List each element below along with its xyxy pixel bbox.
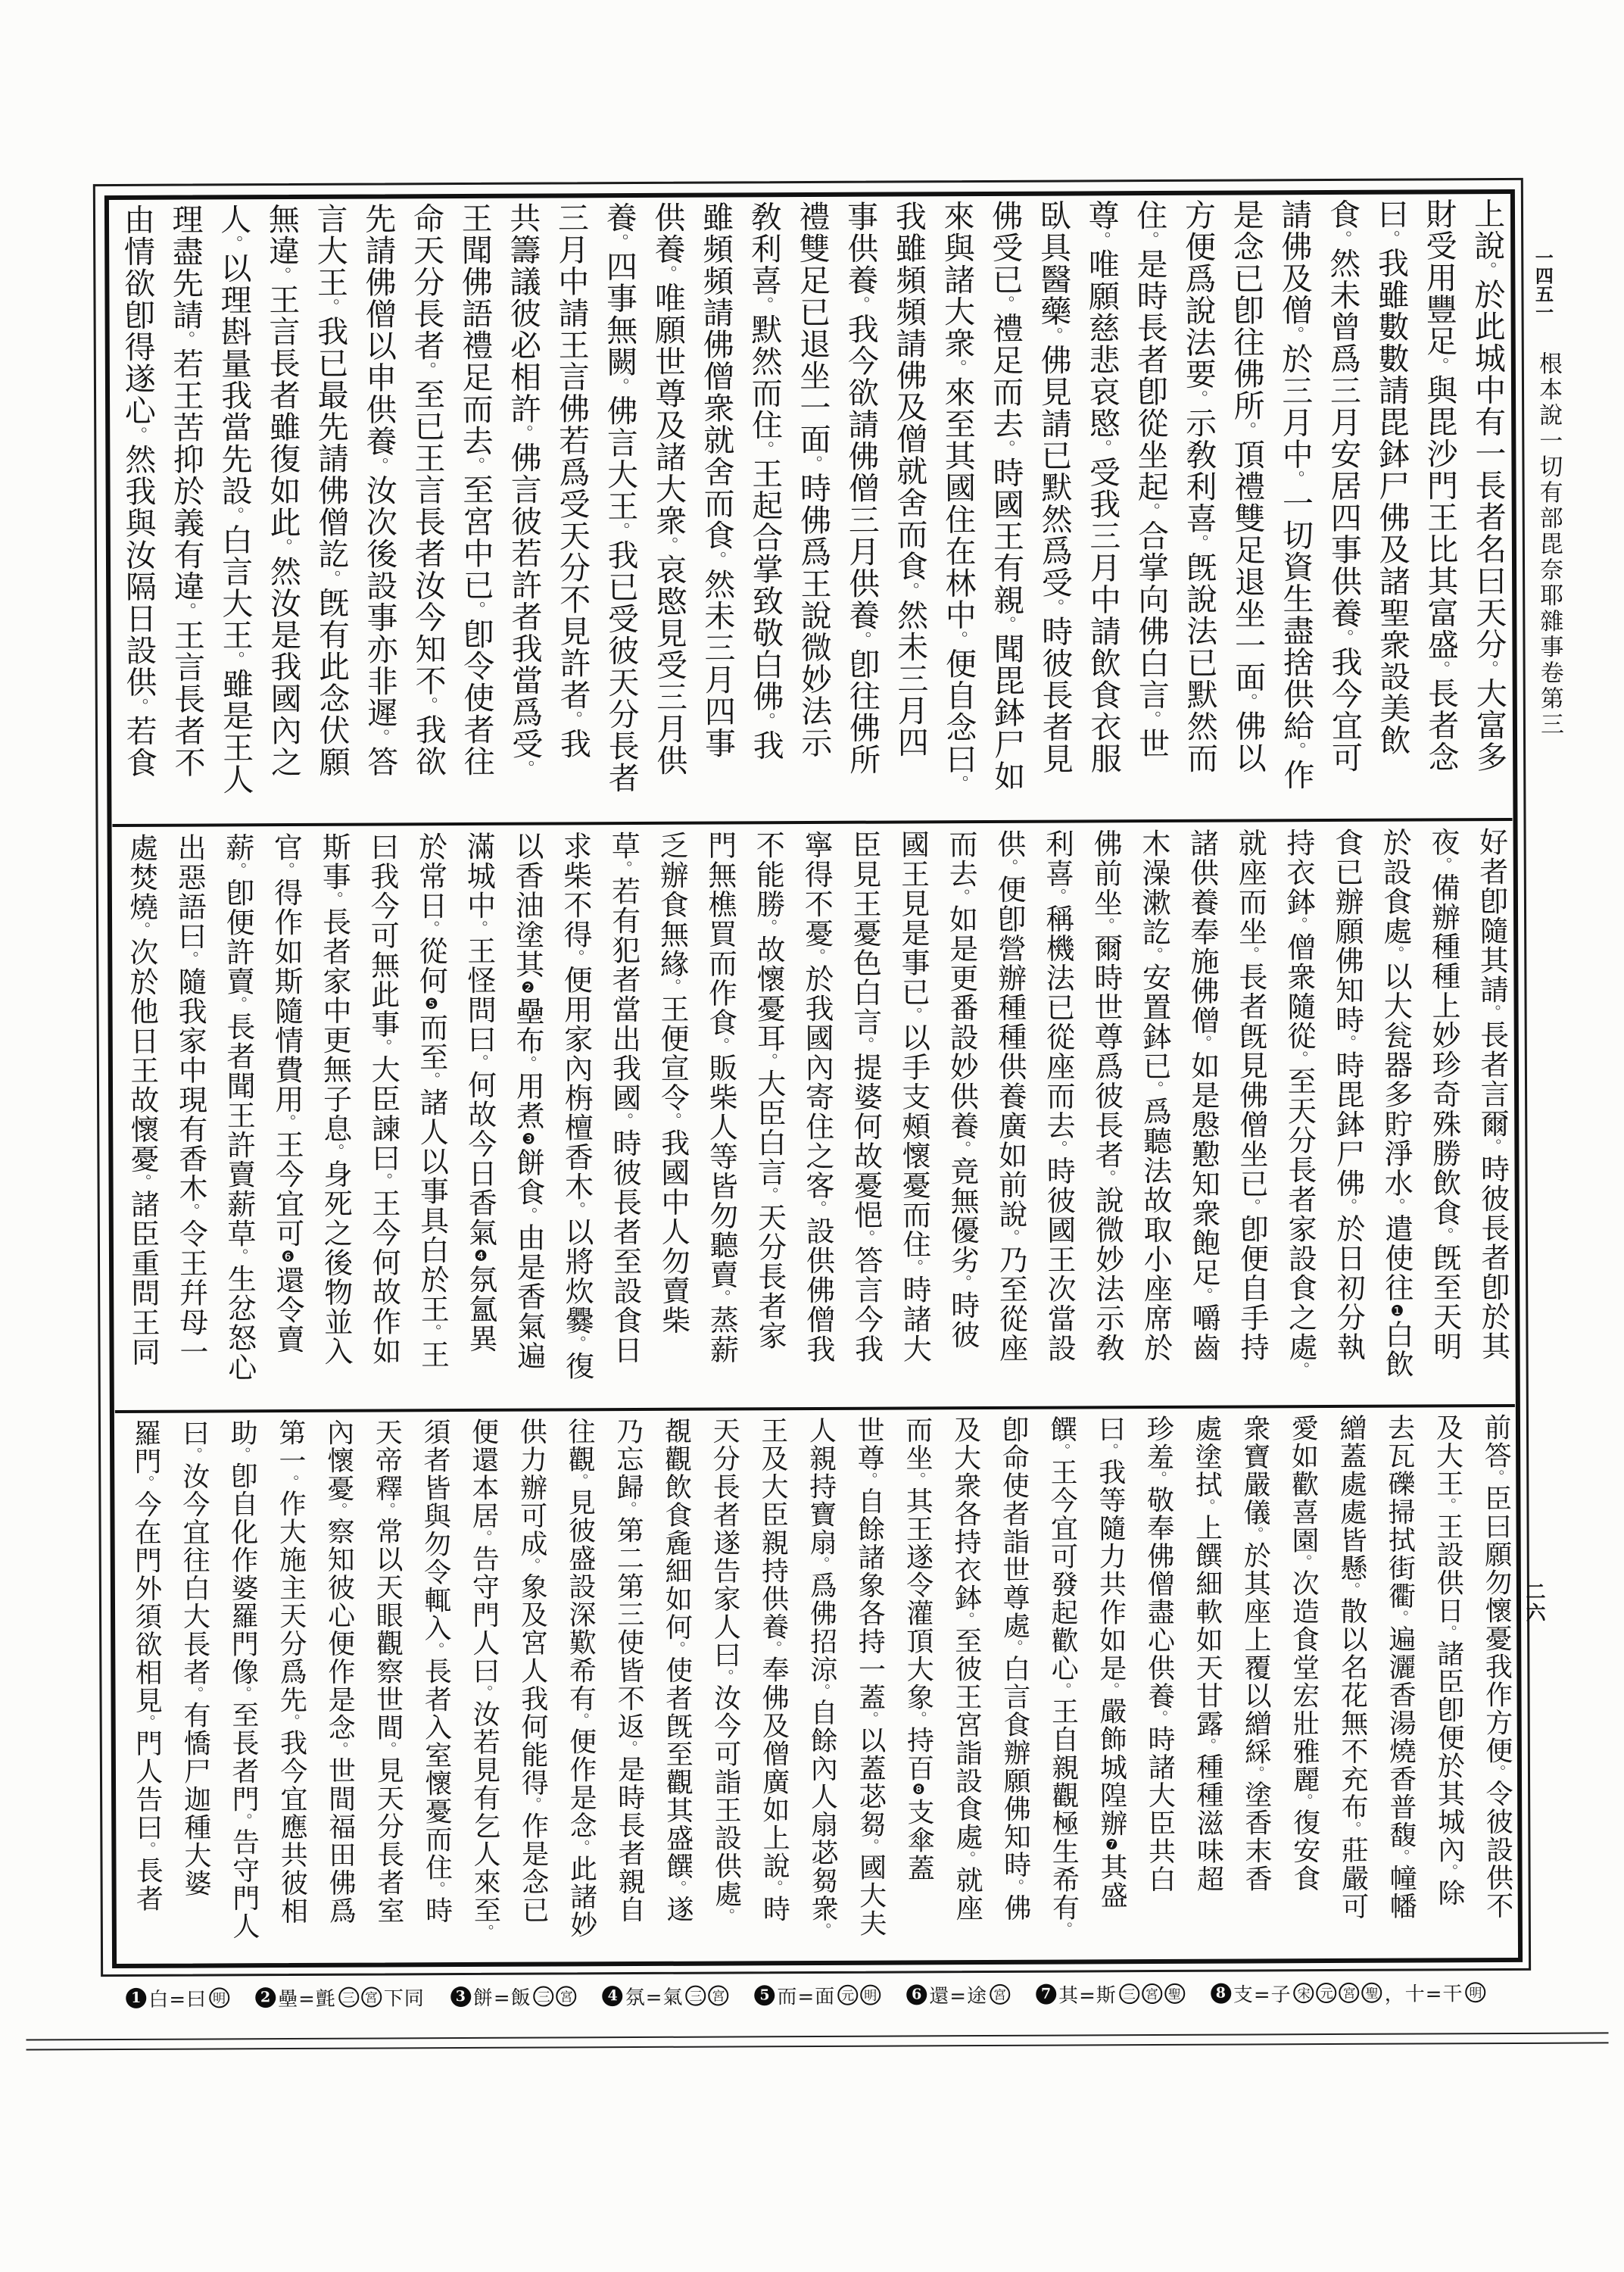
- footnote-entry: 4氛=氣三宮: [603, 1981, 729, 2010]
- text-column: 三月中請王言佛若爲受天分不見許者。我: [545, 201, 596, 816]
- text-column: 人親持寶扇。爲佛招涼。自餘內人扇苾芻衆。: [792, 1416, 843, 1957]
- text-column: 臥具醫藥。佛見請已默然爲受。時彼長者見: [1027, 199, 1078, 814]
- text-column: 出惡語曰。隨我家中現有香木。令王幷母一: [162, 832, 213, 1405]
- text-column: 雖頻頻請佛僧衆就舍而食。然未三月四事: [690, 201, 740, 816]
- text-column: 饌。王今宜可發起歡心。王自親觀極生希有。: [1033, 1415, 1083, 1955]
- text-column: 養。四事無闕。佛言大王。我已受彼天分長者: [594, 201, 644, 816]
- text-column: 供力辦可成。象及宮人我何能得。作是念已: [502, 1418, 553, 1958]
- text-column: 諸供養奉施佛僧。如是慇懃知衆飽足。嚼齒: [1175, 829, 1226, 1401]
- footnote-number: 8: [1211, 1983, 1231, 2004]
- text-column: 持衣鉢。僧衆隨從。至天分長者家設食之處。: [1271, 828, 1322, 1400]
- text-column: 羅門。今在門外須欲相見。門人告曰。長者: [117, 1419, 167, 1960]
- text-column: 臣見王憂色白言。提婆何故憂悒。答言今我: [837, 830, 888, 1403]
- footnote-marker: ❸: [520, 1130, 538, 1147]
- footnote-text: 還=途: [929, 1980, 987, 2008]
- text-column: 草。若有犯者當出我國。時彼長者至設食日: [596, 831, 647, 1403]
- text-column: 食已辦願佛知時。時毘鉢尸佛。於日初分執: [1320, 828, 1370, 1400]
- text-column: 理盡先請。若王苦抑於義有違。王言長者不: [160, 203, 210, 818]
- text-column: 人。以理斟量我當先設。白言大王。雖是王人: [207, 203, 258, 818]
- text-column: 尊。唯願慈悲哀愍。受我三月中請飲食衣服: [1076, 199, 1127, 814]
- text-column: 薪。卽便許賣。長者聞王許賣薪草。生忿怒心: [210, 832, 261, 1405]
- text-column: 是念已卽往佛所。頂禮雙足退坐一面。佛以: [1220, 198, 1271, 813]
- edition-sigil: 三: [534, 1986, 554, 2007]
- folio-page-number: 二六: [1520, 1581, 1548, 1624]
- edition-sigil: 宮: [708, 1985, 728, 2005]
- text-column: 乃忘歸。第二第三使皆不返。是時長者親自: [599, 1417, 650, 1958]
- text-column: 命天分長者。至已王言長者汝今知不。我欲: [401, 202, 451, 817]
- text-column: 佛前坐。爾時世尊爲彼長者。說微妙法示敎: [1078, 829, 1129, 1401]
- footnote-number: 6: [906, 1984, 927, 2005]
- text-column: 來與諸大衆。來至其國住在林中。便自念曰。: [931, 200, 982, 815]
- text-column: 官。得作如斯隨情費用。王今宜可❻還令賣: [259, 832, 310, 1405]
- text-column: 事供養。我今欲請佛僧三月供養。卽往佛所: [834, 201, 885, 816]
- right-margin: 一四五一 根本說一切有部毘奈耶雜事卷第三 二六: [1524, 0, 1624, 2269]
- footnote-entry: 7其=斯三宮聖: [1036, 1980, 1185, 2008]
- text-column: 夜。備辦種種上妙珍奇殊勝飲食。旣至天明: [1416, 827, 1467, 1400]
- text-column: 衆寶嚴儀。於其座上覆以繒綵。塗香末香: [1226, 1414, 1276, 1955]
- text-column: 門無樵買而作食。販柴人等皆勿聽賣。蒸薪: [693, 830, 743, 1403]
- edition-sigil: 宮: [556, 1986, 577, 2006]
- edition-sigil: 三: [1119, 1983, 1139, 2004]
- text-column: 木澡漱訖。安置鉢已。爲聽法故取小座席於: [1127, 829, 1177, 1401]
- text-column: 第一。作大施主天分爲先。我今宜應共彼相: [261, 1418, 312, 1959]
- text-column: 寧得不憂。於我國內寄住之客。設供佛僧我: [789, 830, 840, 1403]
- text-column: 珍羞。敬奉佛僧盡心供養。時諸大臣共白: [1129, 1415, 1180, 1955]
- text-band-top: 上說。於此城中有一長者名曰天分。大富多財受用豐足。與毘沙門王比其富盛。長者念曰。…: [110, 198, 1513, 819]
- text-column: 曰。我雖數數請毘鉢尸佛及諸聖衆設美飲: [1365, 198, 1416, 813]
- footnote-number: 4: [603, 1986, 623, 2006]
- text-column: 供養。唯願世尊及諸大衆。哀愍見受三月供: [642, 201, 693, 816]
- text-column: 而坐。其王遂令灌頂大象。持百❽支傘蓋: [888, 1415, 939, 1956]
- text-band-middle: 好者卽隨其請。長者言爾。時彼長者卽於其夜。備辦種種上妙珍奇殊勝飲食。旣至天明於設…: [113, 827, 1515, 1406]
- edition-sigil: 明: [209, 1987, 229, 2008]
- text-column: 王及大臣親持供養。奉佛及僧廣如上說。時: [743, 1416, 794, 1957]
- edition-sigil: 宮: [990, 1984, 1010, 2005]
- band-divider-rule: [115, 1404, 1515, 1413]
- edition-sigil: 聖: [1362, 1983, 1382, 2003]
- text-column: 便還本居。告守門人曰。汝若見有乞人來至。: [454, 1418, 505, 1958]
- footnote-number: 1: [126, 1988, 146, 2008]
- footnote-marker: ❹: [472, 1247, 490, 1265]
- text-column: 住。是時長者卽從坐起。合掌向佛白言。世: [1124, 199, 1174, 814]
- text-column: 王聞佛語禮足而去。至宮中已。卽令使者往: [449, 202, 500, 817]
- bottom-rule: [26, 2032, 1609, 2040]
- text-column: 好者卽隨其請。長者言爾。時彼長者卽於其: [1464, 827, 1515, 1400]
- text-column: 滿城中。王怪問曰。何故今日香氣❹氛氳異: [451, 832, 502, 1404]
- text-column: 天帝釋。常以天眼觀察世間。見天分長者室: [357, 1418, 408, 1958]
- edition-sigil: 宋: [1294, 1983, 1314, 2003]
- text-column: 無違。王言長者雖復如此。然汝是我國內之: [256, 203, 307, 818]
- text-column: 以香油塗其❷壘布。用煮❸餅食。由是香氣遍: [500, 832, 550, 1404]
- text-column: 利喜。稱機法已從座而去。時彼國王次當設: [1030, 829, 1081, 1401]
- footnote-text: 支=子: [1233, 1979, 1292, 2007]
- text-column: 食。然未曾爲三月安居四事供養。我今宜可: [1317, 198, 1367, 813]
- text-column: 曰我今可無此事。大臣諫曰。王今何故作如: [355, 832, 406, 1404]
- text-column: 不能勝。故懷憂耳。大臣白言。天分長者家: [741, 830, 792, 1403]
- footnote-text: 白=曰: [148, 1984, 207, 2012]
- text-column: 助。卽自化作婆羅門像。至長者門。告守門人: [213, 1418, 263, 1959]
- footnote-number: 2: [255, 1987, 276, 2008]
- text-column: 供。便卽營辦種種供養廣如前說。乃至從座: [982, 829, 1033, 1402]
- edition-sigil: 元: [1317, 1983, 1337, 2003]
- edition-sigil: 聖: [1164, 1983, 1185, 2004]
- footnote-marker: ❺: [422, 995, 440, 1013]
- text-column: 去瓦礫掃拭街衢。遍灑香湯燒香普馥。幢幡: [1370, 1414, 1421, 1955]
- footnote-marker: ❽: [911, 1782, 927, 1798]
- footnote-number: 3: [450, 1986, 471, 2007]
- band-divider-rule: [113, 818, 1513, 827]
- text-column: 世尊。自餘諸象各持一蓋。以蓋苾芻。國大夫: [840, 1416, 890, 1957]
- footnote-marker: ❻: [279, 1248, 297, 1266]
- text-column: 往觀。見彼盛設深歎希有。便作是念。此諸妙: [550, 1417, 601, 1958]
- text-column: 禮雙足已退坐一面。時佛爲王說微妙法示: [787, 201, 837, 816]
- edition-sigil: 宮: [1142, 1983, 1162, 2004]
- text-column: 請佛及僧。於三月中。一切資生盡捨供給。作: [1268, 198, 1319, 813]
- text-column: 處焚燒。次於他日王故懷憂。諸臣重問王同: [114, 833, 165, 1406]
- footnote-entry: 8支=子宋元宮聖，十=干明: [1211, 1978, 1486, 2008]
- text-column: 就座而坐。長者旣見佛僧坐已。卽便自手持: [1223, 828, 1273, 1400]
- text-column: 愛如歡喜園。次造食堂宏壯雅麗。復安食: [1273, 1414, 1324, 1955]
- text-column: 敎利喜。默然而住。王起合掌致敬白佛。我: [738, 201, 789, 816]
- bottom-rule: [26, 2042, 1609, 2050]
- edition-sigil: 宮: [361, 1986, 382, 2007]
- text-column: 國王見是事已。以手支頰懷憂而住。時諸大: [886, 829, 937, 1402]
- text-column: 乏辦食無緣。王便宣令。我國中人勿賣柴: [644, 831, 695, 1403]
- footnote-entry: 2壘=氈三宮下同: [255, 1983, 425, 2011]
- footnote-marker: ❷: [519, 979, 537, 997]
- text-column: 上說。於此城中有一長者名曰天分。大富多: [1461, 198, 1512, 813]
- footnote-marker: ❶: [1389, 1302, 1406, 1319]
- scripture-number: 一四五一: [1529, 248, 1556, 321]
- text-column: 及大王。王設供日。諸臣卽便於其城內。除: [1419, 1413, 1470, 1954]
- footnote-entry: 3餅=飯三宮: [450, 1982, 577, 2011]
- text-column: 言大王。我已最先請佛僧訖。旣有此念伏願: [304, 203, 355, 818]
- text-column: 前答。臣曰願勿懷憂我作方便。令彼設供不: [1467, 1413, 1517, 1954]
- footnote-text: 其=斯: [1058, 1980, 1117, 2008]
- footnote-text: ，十=干: [1385, 1978, 1463, 2006]
- footnote-text: 下同: [384, 1983, 425, 2011]
- running-title: 根本說一切有部毘奈耶雜事卷第三: [1532, 351, 1567, 738]
- footnote-text: 壘=氈: [278, 1983, 336, 2011]
- text-column: 於常日。從何❺而至。諸人以事具白於王。王: [404, 832, 454, 1404]
- footnote-entry: 6還=途宮: [906, 1980, 1010, 2009]
- edition-sigil: 三: [338, 1987, 359, 2008]
- footnote-number: 7: [1036, 1984, 1056, 2005]
- text-column: 方便爲說法要。示敎利喜。旣說法已默然而: [1172, 199, 1223, 814]
- footnote-text: 餅=飯: [473, 1983, 531, 2011]
- text-column: 曰。汝今宜往白大長者。有憍尸迦種大婆: [165, 1418, 216, 1959]
- edition-sigil: 明: [860, 1985, 881, 2005]
- scanned-page: 上說。於此城中有一長者名曰天分。大富多財受用豐足。與毘沙門王比其富盛。長者念曰。…: [0, 0, 1624, 2272]
- text-column: 及大衆各持衣鉢。至彼王宮詣設食處。就座: [937, 1415, 987, 1956]
- text-column: 財受用豐足。與毘沙門王比其富盛。長者念: [1414, 198, 1464, 813]
- text-column: 共籌議彼必相許。佛言彼若許者我當爲受。: [497, 202, 547, 817]
- text-column: 求柴不得。便用家內栴檀香木。以將炊爨。復: [548, 831, 599, 1403]
- footnote-text: 而=面: [777, 1981, 835, 2009]
- footnote-marker: ❼: [1104, 1837, 1120, 1853]
- footnote-number: 5: [754, 1985, 775, 2005]
- edition-sigil: 三: [685, 1986, 706, 2006]
- text-column: 天分長者遂告家人曰。汝今可詣王設供處。: [695, 1416, 746, 1957]
- text-column: 於設食處。以大瓮器多貯淨水。遣使往❶白飲: [1367, 828, 1418, 1400]
- text-column: 卽命使者詣世尊處。白言食辦願佛知時。佛: [984, 1415, 1035, 1956]
- text-column: 佛受已。禮足而去。時國王有親。聞毘鉢尸如: [979, 200, 1030, 815]
- text-column: 須者皆與勿令輒入。長者入室懷憂而住。時: [406, 1418, 457, 1958]
- text-column: 我雖頻頻請佛及僧就舍而食。然未三月四: [883, 200, 934, 815]
- footnote-apparatus: 1白=曰明2壘=氈三宮下同3餅=飯三宮4氛=氣三宮5而=面元明6還=途宮7其=斯…: [126, 1978, 1534, 2012]
- edition-sigil: 明: [1465, 1982, 1485, 2002]
- edition-sigil: 元: [837, 1985, 858, 2005]
- text-column: 處塗拭。上饌細軟如天甘露。種種滋味超: [1177, 1415, 1228, 1955]
- text-block: 上說。於此城中有一長者名曰天分。大富多財受用豐足。與毘沙門王比其富盛。長者念曰。…: [110, 195, 1517, 1963]
- text-column: 而去。如是更番設妙供養。竟無優劣。時彼: [934, 829, 984, 1402]
- footnote-entry: 1白=曰明: [126, 1983, 229, 2012]
- text-column: 繒蓋處處皆懸。散以名花無不充布。莊嚴可: [1322, 1414, 1373, 1955]
- text-column: 曰。我等隨力共作如是。嚴飾城隍辦❼其盛: [1081, 1415, 1132, 1955]
- text-column: 斯事。長者家中更無子息。身死之後物並入: [307, 832, 357, 1405]
- text-column: 由情欲卽得遂心。然我與汝隔日設供。若食: [111, 204, 162, 819]
- footnote-text: 氛=氣: [625, 1982, 684, 2010]
- footnote-entry: 5而=面元明: [754, 1981, 881, 2010]
- text-band-bottom: 前答。臣曰願勿懷憂我作方便。令彼設供不及大王。王設供日。諸臣卽便於其城內。除去瓦…: [115, 1413, 1517, 1960]
- edition-sigil: 宮: [1339, 1983, 1360, 2003]
- text-column: 覩觀飲食麁細如何。使者旣至觀其盛饌。遂: [647, 1417, 698, 1958]
- text-column: 內懷憂。察知彼心便作是念。世間福田佛爲: [310, 1418, 360, 1959]
- text-column: 先請佛僧以申供養。汝次後設事亦非遲。答: [352, 202, 403, 817]
